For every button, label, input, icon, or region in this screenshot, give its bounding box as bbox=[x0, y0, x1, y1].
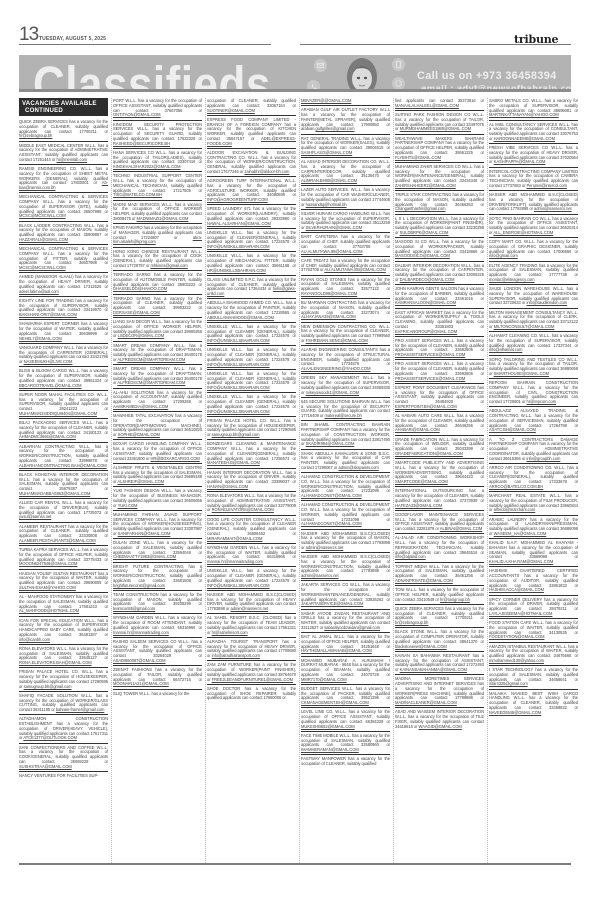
ad-contact-link[interactable]: INFO@UNISKILLSBAHRAIN.COM bbox=[207, 244, 270, 249]
classified-ad: ASAD AND WASEEM INTERIOR DECORATION W.L.… bbox=[395, 709, 484, 731]
classified-ad: SOTIC PINO BAHRAIN CO W.L.L. has a vacan… bbox=[489, 216, 578, 239]
classified-ad: Bright Future Contracting has a vacancy … bbox=[113, 564, 202, 591]
ad-contact-link[interactable]: INFO@AGROGREENTURF.COM bbox=[207, 197, 268, 202]
classified-ad: alradha tourist transport has a vacancy … bbox=[207, 639, 296, 662]
ad-contact-link[interactable]: info@icanbh.com bbox=[19, 637, 50, 642]
ad-contact-link[interactable]: MADINACLEANER@GMAIL.COM bbox=[395, 700, 457, 705]
ad-text: has a vacancy for the occupation of CLEA… bbox=[207, 521, 296, 536]
ad-contact-link[interactable]: SASHFLASO@GMAIL.COM bbox=[301, 150, 352, 155]
classified-ad: NASSER ABD MOHAMMED B.S.C(CLOSED) has a … bbox=[301, 554, 390, 581]
ad-contact-link[interactable]: AHMADMC3666@GMAIL.COM bbox=[19, 434, 76, 439]
ad-contact-link[interactable]: ALAALENGINEERING@YAHOO.COM bbox=[301, 366, 370, 371]
classified-ad: TRIPLE STAR CONTRACTING has a vacancy fo… bbox=[395, 192, 484, 215]
ad-contact-link[interactable]: admin@nassercs.net bbox=[306, 545, 344, 550]
ad-text: has a vacancy for the bbox=[150, 691, 189, 696]
ad-contact-link[interactable]: PROASSISTSERVICES@GMAIL.COM bbox=[395, 376, 465, 381]
ad-contact-link[interactable]: HAYTHEMALLAWAHAB@GMAIL.COM bbox=[301, 648, 372, 653]
ad-contact-link[interactable]: NEHEL7@GMAIL.COM bbox=[19, 336, 62, 341]
classified-ad: NASSER ABD MOHAMMED B.S.C(CLOSED) has a … bbox=[301, 531, 390, 554]
ad-contact-link[interactable]: ALL_ENERGIE@HOTMAIL.COM bbox=[493, 230, 553, 235]
ad-contact-link[interactable]: FLYBIHTS@GMAIL.COM bbox=[395, 155, 441, 160]
classified-ad: UNISKILLS W.L.L. has a vacancy for the o… bbox=[207, 324, 296, 347]
whatsapp-icon bbox=[392, 77, 405, 89]
classified-ad: PRO ASSIST SERVICES W.L.L. has a vacancy… bbox=[395, 361, 484, 384]
classified-ad: FASTWAY MANPOWER has a vacancy for the o… bbox=[301, 756, 390, 768]
classified-ad: REPCOM BAHRAIN CONSTRUCTION COMPANY W.L.… bbox=[489, 380, 578, 407]
classified-ad: Wyndham Garden W.L.L. has a vacancy for … bbox=[207, 545, 296, 568]
ad-contact-link[interactable]: SULDBRPK@GMAIL.COM bbox=[400, 230, 449, 235]
ad-text: has a vacancy for the occupation of SALE… bbox=[19, 477, 108, 492]
ad-contact-link[interactable]: RAYANGOLD99@GMAIL.COM bbox=[301, 291, 357, 296]
ad-contact-link[interactable]: INFO@UNISKILLSBAHRAIN.COM bbox=[207, 362, 270, 367]
classified-ad: L S L L DECORATION W.L.L. has a vacancy … bbox=[395, 216, 484, 239]
classified-ad: AL-JALAD AIR CONDITIONING WORKSHOP W.L.L… bbox=[395, 535, 484, 562]
ad-contact-link[interactable]: ALIMRAN.BH80@GMAIL.COM bbox=[301, 178, 357, 183]
classified-ad: LEVEL LINE CO. W.L.L. has a vacancy for … bbox=[301, 709, 390, 732]
classified-ad: ALSHREIF FRUITS & VEGETABLES CENTRE has … bbox=[113, 465, 202, 488]
classified-ad: AL - MAHFOOD STATIONERY has a vacancy fo… bbox=[19, 594, 108, 617]
ad-contact-link[interactable]: FOODSTATION@GMAIL.COM bbox=[489, 634, 545, 639]
ad-contact-link[interactable]: ASADI860087@GMAIL.COM bbox=[113, 658, 165, 663]
classified-ad: ALLIED CAR RENTAL W.L.L. has a vacancy f… bbox=[19, 500, 108, 523]
ad-contact-link[interactable]: admin@skspaints.com bbox=[338, 465, 378, 470]
ad-contact-link[interactable]: ALAMEER.RESTAURANT3@GMAIL.COM bbox=[19, 538, 96, 543]
classified-ad: UNISKILLS W.L.L. has a vacancy for the o… bbox=[207, 347, 296, 370]
classified-ad: FRISAN PALACE HOTEL CO. W.L.L. has a vac… bbox=[207, 418, 296, 441]
ad-contact-link[interactable]: admin@nassercs.net bbox=[301, 573, 339, 578]
classified-ad: Khalid N.A.F. Mohammed Al Khaiyam - Baha… bbox=[489, 540, 578, 567]
classified-ad: MARCHANT REAL ESTATE W.L.L. has a vacanc… bbox=[489, 493, 578, 516]
classified-ad: UNISKILLS W.L.L. has a vacancy for the o… bbox=[207, 230, 296, 253]
classified-ad: SOFIQ TAILORING AND TEXTILES CO W.L.L. h… bbox=[489, 357, 578, 380]
classified-ad: UNISKILLS W.L.L. has a vacancy for the o… bbox=[207, 253, 296, 276]
classified-ad: A TO Z CONTRACTORS DAMAGE PARTNERSHIP CO… bbox=[489, 437, 578, 464]
ad-contact-link[interactable]: blackstonenet@GMAIL.COM bbox=[395, 644, 447, 649]
ad-contact-link[interactable]: HR@UNISKILLSBAHRAIN.COM bbox=[207, 268, 266, 273]
ad-contact-link[interactable]: ASATC.BH@GMAIL.COM bbox=[489, 427, 536, 432]
ad-text: has a vacancy for the occupation of WORK… bbox=[301, 559, 390, 574]
ad-contact-link[interactable]: MOONAIN1A21@GMAIL.COM bbox=[113, 681, 169, 686]
classified-ad: SHAFIQ FACADE SOLUTION W.L.L. has a vaca… bbox=[19, 693, 108, 716]
classified-ad: SABRO METALS CO. W.L.L. has a vacancy fo… bbox=[489, 98, 578, 121]
ad-contact-link[interactable]: ALSHREIF@GMAIL.COM bbox=[117, 479, 164, 484]
ad-contact-link[interactable]: EAFRICANGROUP@GMAIL.COM bbox=[395, 329, 457, 334]
ad-contact-link[interactable]: WASEEM_HA@GMAIL.COM bbox=[494, 531, 547, 536]
ad-contact-link[interactable]: hr@memlab.com bbox=[56, 157, 87, 162]
ad-contact-link[interactable]: HAZZARALI@GMAIL.COM bbox=[19, 237, 68, 242]
classified-ad: BLACK LADDER CONTRACTING W.L.L. has a va… bbox=[19, 223, 108, 246]
classified-ad: SMART DREAM COMPANY W.L.L. has a vacancy… bbox=[113, 366, 202, 389]
ad-contact-link[interactable]: WAAGID@GMAIL.COM bbox=[419, 724, 462, 729]
column-divider bbox=[205, 98, 206, 863]
ad-contact-link[interactable]: ARRCO@BATELCO.COM.BH bbox=[489, 484, 543, 489]
ad-contact-link[interactable]: ALFREDSCM@SMARTDREAM.COM bbox=[117, 357, 185, 362]
classified-ad: SUPER NOOR MAHAL FACILITIES CO. W.L.L. h… bbox=[19, 392, 108, 419]
ad-text: has a vacancy for the occupation of MECH… bbox=[113, 178, 202, 193]
classified-ad: Arrco Air Conditioning Co. W.L.L. has a … bbox=[489, 465, 578, 492]
classified-ad: TURBA KAPRA SERVICES W.L.L. has a vacanc… bbox=[19, 547, 108, 570]
classified-ad: ALHAMAD CONSTRUCTION & DEVELOPMENT CO. W… bbox=[301, 474, 390, 501]
classified-ad: Rayan Gold Stones has a vacancy for the … bbox=[301, 277, 390, 300]
ad-contact-link[interactable]: AU.ALMUTAWA.88@GMAIL.COM bbox=[324, 267, 386, 272]
ad-contact-link[interactable]: MCSC@MCSCWLL.COM bbox=[19, 265, 66, 270]
ad-contact-link[interactable]: info@alhamat.com bbox=[489, 347, 522, 352]
ad-contact-link[interactable]: mhkinns@gmail.com bbox=[150, 263, 187, 268]
classified-ad: HANAN INTERIOR DECORATION W.L.L. has a v… bbox=[207, 470, 296, 493]
classified-ad: GREEN SKY MANAGEMENT W.L.L. has a vacanc… bbox=[301, 375, 390, 398]
ad-contact-link[interactable]: HR@BOXARCARGO.COM bbox=[150, 456, 199, 461]
classified-ad: MADINA MORETIMES SERVICES ADVERTISING AN… bbox=[395, 676, 484, 708]
classified-ad: BLACK KOHISTANI INTERIOR DECORATION W.L.… bbox=[19, 472, 108, 499]
ad-contact-link[interactable]: admin@nassercs.net bbox=[231, 606, 269, 611]
classified-ad: PRO ASSIST SERVICES W.L.L. has a vacancy… bbox=[395, 338, 484, 361]
ad-contact-link[interactable]: YUKI.COM bbox=[118, 503, 138, 508]
ad-contact-link[interactable]: Changanthashir@gmail.com bbox=[395, 206, 446, 211]
ad-contact-link[interactable]: info@saudilondon.com bbox=[526, 300, 567, 305]
classified-ad: TECHNO INDUSTRIAL SUPPORT CENTER W.L.L. … bbox=[113, 173, 202, 200]
classified-ad: COPY MART CO. W.L.L. has a vacancy for t… bbox=[489, 239, 578, 262]
classified-ad: SILVER HURAIN CARGO HANDLING W.L.L. has … bbox=[301, 211, 390, 234]
ad-contact-link[interactable]: adeel.fatima@aal.com bbox=[19, 289, 59, 294]
ad-contact-link[interactable]: MUKESHB652@GMAIL.COM bbox=[301, 724, 355, 729]
ad-contact-link[interactable]: SMARTHOUSE@GMAIL.COM bbox=[494, 371, 549, 376]
ad-contact-link[interactable]: hr@sahelresort.com bbox=[212, 630, 248, 635]
classified-ad: GOODFLAVOR MAINTENANCE SERVICES W.L.L. h… bbox=[395, 512, 484, 535]
ad-contact-link[interactable]: MBVAZER@@GMAIL.COM bbox=[301, 98, 351, 103]
ad-contact-link[interactable]: INFO@UNISKILLSBAHRAIN.COM bbox=[207, 583, 270, 588]
ad-contact-link[interactable]: alfredo@marchant.com bbox=[494, 507, 536, 512]
mobile-icon bbox=[392, 58, 405, 71]
ad-contact-link[interactable]: KINGKHALSHAR2022@GMAIL.COM bbox=[113, 164, 180, 169]
classified-ad: MALAIKA NAVEED BEST WISH CARGO HANDLING … bbox=[489, 691, 578, 717]
classified-ad: 645 Secure Solutions Bahrain W.L.L. has … bbox=[301, 399, 390, 422]
ad-contact-link[interactable]: gulfgrilles@gmail.com bbox=[315, 126, 354, 131]
classified-ad: MASOOD SI CO W.L.L. has a vacancy for th… bbox=[395, 239, 484, 262]
ad-contact-link[interactable]: info@aljalad.com bbox=[395, 554, 426, 559]
classified-ad: MBVAZER@@GMAIL.COM bbox=[301, 98, 390, 106]
logo-text: tribune bbox=[514, 33, 558, 46]
ad-contact-link[interactable]: info@groupbh.com bbox=[526, 456, 560, 461]
banner-title: Classifieds bbox=[33, 57, 271, 89]
ad-contact-link[interactable]: DHASSELDO@HAHOO.COM bbox=[113, 286, 167, 291]
classified-ad: UNISKILLS W.L.L. has a vacancy for the o… bbox=[207, 394, 296, 417]
ad-contact-link[interactable]: ATCE1377@OUTLOOK.COM bbox=[23, 735, 77, 740]
ad-contact-link[interactable]: SMARTCODE@GMAIL.COM bbox=[395, 479, 448, 484]
ad-contact-link[interactable]: MMR7170@GMAIL.COM bbox=[301, 677, 347, 682]
ad-contact-link[interactable]: moniac@eliteagency.com bbox=[489, 277, 535, 282]
classified-ad: Glass Unlimited S.P.C. has a vacancy for… bbox=[207, 277, 296, 300]
ad-contact-link[interactable]: hr@tonigroup.bh bbox=[440, 597, 470, 602]
column-5: fied applicants can contact 35373816 or … bbox=[395, 98, 484, 863]
classified-ad: YUKI FASHION DESIGN W.L.L. has a vacancy… bbox=[113, 488, 202, 511]
ad-contact-link[interactable]: bahrain-framer@gmail.com bbox=[56, 707, 104, 712]
ad-contact-link[interactable]: SANIFARHAN@GMAIL.COM bbox=[118, 531, 171, 536]
ad-contact-link[interactable]: HASHIM.ACCA@GMAIL.COM bbox=[489, 587, 544, 592]
column-divider bbox=[393, 98, 394, 863]
ad-contact-link[interactable]: SOPHIE@GMAIL.COM bbox=[118, 432, 160, 437]
classified-ad: BLISS & BLOOM CARGO W.L.L. has a vacancy… bbox=[19, 368, 108, 391]
classified-ad: SPICY CORNER DELIVERY has a vacancy for … bbox=[489, 597, 578, 620]
classifieds-columns: VACANCIES AVAILABLE CONTINUED QUICK ZEBR… bbox=[19, 98, 571, 863]
ad-contact-link[interactable]: ONTITAON@GMAIL.COM bbox=[113, 112, 161, 117]
ad-contact-link[interactable]: BAKSHANI.ORI7@GMAIL.COM bbox=[19, 312, 77, 317]
ad-contact-link[interactable]: mmohammed130@yahoo.com bbox=[489, 658, 544, 663]
ad-contact-link[interactable]: DALBARDECO@GMAIL.COM bbox=[400, 277, 455, 282]
ad-contact-link[interactable]: FREEJLEEANDFURNITURE1@GMAIL.COM bbox=[212, 677, 293, 682]
classified-ad: ALAMEER RESTAURANT has a vacancy for the… bbox=[19, 524, 108, 547]
classified-ad: ALBARHAN CONTRACTING W.L.L. has a vacanc… bbox=[19, 444, 108, 471]
ad-contact-link[interactable]: HAFEZA33@GMAIL.COM bbox=[395, 503, 442, 508]
ad-contact-link[interactable]: ALBARHANCONTRACTING.BAH@GMAIL.COM bbox=[19, 463, 107, 468]
ad-contact-link[interactable]: MUHAMMADABBAS863@GMAIL.COM bbox=[19, 491, 90, 496]
ad-contact-link[interactable]: EXPERTPOINT.BH@GMAIL.COM bbox=[395, 404, 457, 409]
ad-contact-link[interactable]: RONAELEVATORS@GMAIL.COM bbox=[212, 507, 274, 512]
classified-ad: Bonzegars Cleaning & Maintenance Company… bbox=[207, 441, 296, 468]
ad-contact-link[interactable]: ALHAMADCONST@GMAIL.COM bbox=[301, 493, 362, 498]
classified-ad: NASSER ABD MOHAMMED B.S.C(CLOSED) has a … bbox=[207, 592, 296, 615]
classified-ad: FACE TIME MOBILE W.L.L. has a vacancy fo… bbox=[301, 733, 390, 756]
banner-underline bbox=[19, 89, 571, 92]
page-number: 13 bbox=[19, 24, 38, 46]
ad-contact-link[interactable]: MANATEEH.B@GMAIL.COM bbox=[207, 460, 260, 465]
column-3: occupation of CLEANER, suitably qualifie… bbox=[207, 98, 296, 863]
ad-contact-link[interactable]: zainabhr@aldoor-bh.com bbox=[244, 169, 289, 174]
ad-contact-link[interactable]: KAMRANSALOON@GMAIL.COM bbox=[395, 300, 456, 305]
classified-ad: TOPRINT MEDIA W.L.L. has a vacancy for t… bbox=[395, 564, 484, 587]
ad-contact-link[interactable]: HAROONNAEEM8@GMAIL.COM bbox=[494, 136, 555, 141]
ad-text: has a vacancy for the occupation of WORK… bbox=[395, 465, 484, 480]
section-heading-line1: VACANCIES AVAILABLE bbox=[22, 100, 106, 107]
classified-ad: LIANG SAN DECOR W.L.L. has a vacancy for… bbox=[113, 319, 202, 342]
classified-ad: CAFE TREATZ has a vacancy for the occupa… bbox=[301, 258, 390, 276]
classified-ad: BLACK STONE W.L.L. has a vacancy for the… bbox=[395, 629, 484, 652]
ad-contact-link[interactable]: HANAN@GMAIL.COM bbox=[207, 484, 248, 489]
advertiser-name: SLIQ TOWER W.L.L. bbox=[113, 691, 150, 696]
ad-contact-link[interactable]: ALFREDSCM@SMARTDREAM.COM bbox=[117, 380, 185, 385]
classified-ad: AL HABARI AUTO CARE W.L.L. has a vacancy… bbox=[395, 413, 484, 436]
classified-ad: SMART DREAM COMPANY W.L.L. has a vacancy… bbox=[113, 343, 202, 366]
ad-contact-link[interactable]: SUOTINER@GMAIL.COM bbox=[207, 108, 255, 113]
ad-contact-link[interactable]: AHABARI@GMAIL.COM bbox=[395, 427, 440, 432]
ad-contact-link[interactable]: DGRSASE@GMAIL.COM bbox=[113, 310, 160, 315]
ad-contact-link[interactable]: MCSC@MCSCWLL.COM bbox=[19, 213, 66, 218]
ad-contact-link[interactable]: KHALID.A.KHAIYAM@GMAIL.COM bbox=[489, 559, 553, 564]
ad-contact-link[interactable]: sabaralyoobzaidan@gmail.com bbox=[324, 625, 380, 630]
classified-ad: I STAR TECHNOLOGY has a vacancy for the … bbox=[489, 667, 578, 690]
ad-text: has a vacancy for the occupation of SUPE… bbox=[19, 397, 108, 412]
phone-icon bbox=[307, 80, 320, 89]
classified-ad: EXPERT POINT DOCUMENT CLEARANCE has a va… bbox=[395, 385, 484, 412]
ad-contact-link[interactable]: LSDECOR@GMAIL.COM bbox=[118, 333, 165, 338]
ad-contact-link[interactable]: INFO@UNISKILLSBAHRAIN.COM bbox=[207, 385, 270, 390]
ad-contact-link[interactable]: ALBINAI@GMAIL.COM bbox=[440, 526, 482, 531]
classified-ad: INTERCOL CONTRACTING COMPANY LIMITED has… bbox=[489, 169, 578, 192]
mail-icon bbox=[314, 59, 327, 72]
ad-contact-link[interactable]: Perumel@intercol.com bbox=[526, 183, 566, 188]
ad-contact-link[interactable]: SKADIR994@GMAIL.COM bbox=[306, 441, 355, 446]
ad-contact-link[interactable]: BBCARGOTRAVEL@GMAIL.COM bbox=[19, 383, 82, 388]
classified-ad: EXPRESS FOOD COMPANY LIMITED - BRANCH OF… bbox=[207, 117, 296, 149]
classified-ad: BAIT AL JAMAL W.L.L. has a vacancy for t… bbox=[301, 634, 390, 657]
classified-ad: EIGHTY LINE FOR TRADING has a vacancy fo… bbox=[19, 298, 108, 321]
classified-ad: ALHAMAD CONSTRUCTION & DEVELOPMENT CO. W… bbox=[301, 502, 390, 529]
ad-contact-link[interactable]: brightfutureconst@gmail.com bbox=[113, 583, 165, 588]
ad-contact-link[interactable]: MADNIMAZI1@GMAIL.COM bbox=[137, 216, 189, 221]
classified-ad: Wyndham Garden W.L.L. has a vacancy for … bbox=[113, 615, 202, 638]
ad-contact-link[interactable]: hassandtq@hotmail.bh bbox=[306, 202, 347, 207]
classified-ad: ALHAMAT CLEANING CO. W.L.L. has a vacanc… bbox=[489, 333, 578, 356]
ad-contact-link[interactable]: JAKARTASERVICE@GMAIL.COM bbox=[301, 601, 363, 606]
ad-contact-link[interactable]: hr@zebragroup.bh bbox=[19, 133, 52, 138]
classified-ad: TONI W.L.L. has a vacancy for the occupa… bbox=[395, 587, 484, 605]
ad-contact-link[interactable]: istar4325@gmail.com bbox=[489, 681, 528, 686]
classified-ad: RONA ELEVATORS W.L.L. has a vacancy for … bbox=[19, 646, 108, 669]
classified-ad: AHMED (MANSOOR ALAALI) has a vacancy for… bbox=[19, 274, 108, 297]
ad-contact-link[interactable]: CKMANAGEMENT.BH@GMAIL.COM bbox=[301, 700, 369, 705]
ad-contact-link[interactable]: samugroup.bh@gmail.com bbox=[24, 684, 72, 689]
ad-contact-link[interactable]: MILTONCONSULT@GMAIL.COM bbox=[494, 324, 555, 329]
classified-ad: HONG KONG CHINESE RESTAURANT W.L.L. has … bbox=[113, 249, 202, 272]
classifieds-banner: Classifieds bbox=[19, 55, 271, 89]
ad-contact-link[interactable]: hr@repcom.com bbox=[526, 399, 556, 404]
classified-ad: TERRADO SARNG has a vacancy for the occu… bbox=[113, 296, 202, 319]
classified-ad: Shaik Abdulla Kamaludin & Sons B.S.C. ha… bbox=[301, 451, 390, 474]
column-4: MBVAZER@@GMAIL.COMarabian gulf air outle… bbox=[301, 98, 390, 863]
ad-contact-link[interactable]: MASOODSICO@GMAIL.COM bbox=[395, 253, 450, 258]
ad-contact-link[interactable]: mannai.hr@mannaitrading.com bbox=[113, 630, 169, 635]
ad-contact-link[interactable]: NAVEED5545@GMAIL.COM bbox=[489, 710, 541, 715]
ad-contact-link[interactable]: LAYLAJESEEMA@HOTMAIL.COM bbox=[489, 611, 552, 616]
ad-contact-link[interactable]: ALHAYJANA29@GMAIL.COM bbox=[301, 314, 356, 319]
ad-contact-link[interactable]: NASEEMUKH@LIVE.COM bbox=[24, 359, 73, 364]
classified-ad: AL MISL CONSULTANCY SERVICES W.L.L. has … bbox=[489, 122, 578, 145]
classified-ad: INTERNATIONAL OUTSOURCING has a vacancy … bbox=[395, 488, 484, 511]
classified-ad: NASSER ABD MOHAMMED B.S.C(CLOSED) has a … bbox=[489, 192, 578, 215]
classified-ad: SHOE DOCTOR has a vacancy for the occupa… bbox=[207, 686, 296, 703]
advertiser-name: MADINA MORETIMES SERVICES ADVERTISING AN… bbox=[395, 676, 484, 686]
classified-ad: SPEED LAUNDRY 671 has a vacancy for the … bbox=[207, 206, 296, 229]
classified-ad: VANGUARD COMPANY W.L.L. has a vacancy fo… bbox=[19, 345, 108, 368]
classified-ad: ZEENAT FASHIONS has a vacancy for the oc… bbox=[113, 667, 202, 690]
classified-ad: HANA SERVICES CO W.L.L. has a vacancy fo… bbox=[113, 150, 202, 173]
classified-ad: AGROGREEN TURF INTERNATIONAL W.L.L. has … bbox=[207, 178, 296, 205]
classified-ad: RAMSIS ENGINEERING CO. W.L.L. has a vaca… bbox=[19, 166, 108, 193]
ad-contact-link[interactable]: MOOON6247846@GMAIL.COM bbox=[19, 561, 77, 566]
classified-ad: LAZER AUTO SERVICES. W.L.L. has a vacanc… bbox=[301, 187, 390, 210]
call-number: Call us on +973 36458394 bbox=[417, 70, 557, 82]
ad-contact-link[interactable]: samugroup.bh@gmail.com bbox=[212, 432, 260, 437]
ad-contact-link[interactable]: MIRARAMMAI7@GMAIL.COM bbox=[207, 536, 262, 541]
ad-contact-link[interactable]: TISC@BATELCO.COM.BH bbox=[113, 192, 162, 197]
ad-contact-link[interactable]: INFO@UNISKILLSBAHRAIN.COM bbox=[207, 409, 270, 414]
classified-ad: PORT W.L.L. has a vacancy for the occupa… bbox=[113, 98, 202, 121]
ad-contact-link[interactable]: ADNANPRIVATE@GMAIL.COM bbox=[395, 578, 453, 583]
ad-contact-link[interactable]: KASHIFAPPA@GMAIL.COM bbox=[494, 159, 546, 164]
classified-ad: NEW DIMENSION CONTRACTING CO. W.L.L. has… bbox=[301, 324, 390, 347]
ad-contact-link[interactable]: AL_MAHFOOD@HOTMAIL.COM bbox=[19, 608, 79, 613]
classified-ad: BIN SHAMIL CONTRACTING BAHRAIN PARTNERSH… bbox=[301, 422, 390, 449]
classified-ad: HASSAN YOUSIF SULTAN RESTAURANT has a va… bbox=[19, 571, 108, 594]
classified-ad: BILAJ PACKAGING SERVICES W.L.L. has a va… bbox=[19, 420, 108, 443]
ad-contact-link[interactable]: admin@nassercs.net bbox=[534, 206, 572, 211]
ad-contact-link[interactable]: IMAMHERAMAN@GMAIL.COM bbox=[301, 747, 359, 752]
ad-contact-link[interactable]: ABDULLAMAHMOOD@GMAIL.COM bbox=[207, 315, 274, 320]
column-2: PORT W.L.L. has a vacancy for the occupa… bbox=[113, 98, 202, 863]
classified-ad: TEAM CONSTRUCTION has a vacancy for the … bbox=[113, 592, 202, 615]
classified-ad: SHAWARMA EXPERT CORNER has a vacancy for… bbox=[19, 321, 108, 344]
classified-ad: SANI CONFECTIONERS AND COFFEE W.L.L. has… bbox=[19, 745, 108, 772]
classified-ad: FRESH VIBE SERVICES CO W.L.L. has a vaca… bbox=[489, 145, 578, 168]
ad-contact-link[interactable]: SILVERHURAIN@GMAIL.COM bbox=[306, 225, 362, 230]
ad-contact-link[interactable]: MANAALALHALEEL@GMAIL.COM bbox=[395, 103, 459, 108]
ad-contact-link[interactable]: RASHEED@SECURICORE.BH bbox=[113, 141, 170, 146]
ad-contact-link[interactable]: RONA.ELEVATORS.BAH@GMAIL.COM bbox=[19, 660, 92, 665]
ad-contact-link[interactable]: FSHREMAN.SENG@GMAIL.COM bbox=[306, 338, 368, 343]
ad-contact-link[interactable]: matereal@secure.bh bbox=[325, 413, 362, 418]
classified-ad: Arabic Laundry has a vacancy for the occ… bbox=[489, 517, 578, 540]
classified-ad: AMAZON ISTANBUL RESTAURANT W.L.L. has a … bbox=[489, 644, 578, 667]
classified-ad: GOOD LIFE COUNTER CONSULTANCY W.L.L. has… bbox=[207, 517, 296, 544]
classified-ad: FOOD STATION CAFE W.L.L. has a vacancy f… bbox=[489, 620, 578, 643]
ad-contact-link[interactable]: SULTAN-ESAM@YAHOO.COM bbox=[19, 585, 76, 590]
ad-contact-link[interactable]: info@alradhatransport.com bbox=[212, 653, 260, 658]
ad-contact-link[interactable]: MARTINKATTANAYAN@YAHOO.COM bbox=[489, 112, 559, 117]
ad-contact-link[interactable]: info@gmail.com bbox=[489, 253, 518, 258]
ad-contact-link[interactable]: NAWAL.ALSARHAN@GMAIL.COM bbox=[207, 221, 271, 226]
classified-ad: DULAN ZONE W.L.L. has a vacancy for the … bbox=[113, 540, 202, 563]
ad-contact-link[interactable]: ALHAMADCONST@GMAIL.COM bbox=[301, 521, 362, 526]
ad-contact-link[interactable]: GRADEFABRICATION@GMAIL.COM bbox=[395, 451, 463, 456]
classified-ad: GRADE FABRICATION W.L.L. has a vacancy f… bbox=[395, 437, 484, 460]
ad-contact-link[interactable]: ZAHIRSHAHEER2@GMAIL.COM bbox=[395, 183, 456, 188]
ad-contact-link[interactable]: MUHAMMADSIDDIQUI9404@GMAIL.COM bbox=[19, 411, 97, 416]
ad-contact-link[interactable]: MURMDHAMMEE01988@GMAIL.COM bbox=[400, 126, 471, 131]
classified-ad: SABAR AYOOB ZAIDAN RESTAURANT AND GRILLS… bbox=[301, 611, 390, 634]
ad-contact-link[interactable]: hr@zebragroup.bh bbox=[395, 620, 428, 625]
ad-contact-link[interactable]: KAINANSABAHANMA@GMAIL.COM bbox=[400, 667, 467, 672]
ad-contact-link[interactable]: CHEEMAATTY1983@GMAIL.COM bbox=[113, 554, 176, 559]
ad-contact-link[interactable]: SUSHISTRAA@GMAIL.COM bbox=[19, 764, 72, 769]
newspaper-logo: NEWS OF BAHRAINtribune bbox=[514, 33, 558, 46]
ad-contact-link[interactable]: AAMIRAMEDIA@GMAIL.COM bbox=[113, 404, 168, 409]
ad-contact-link[interactable]: mannai.hr@mannaitrading.com bbox=[207, 559, 263, 564]
classified-ad: ABDULLA MAHMOOD AHMED CO. W.L.L. has a v… bbox=[207, 300, 296, 323]
section-heading: VACANCIES AVAILABLE CONTINUED bbox=[19, 98, 108, 116]
ad-contact-link[interactable]: teamcon55@gmail.com bbox=[113, 606, 155, 611]
classified-ad: FRISAN PALACE HOTEL CO. W.L.L. has a vac… bbox=[19, 669, 108, 692]
classified-ad: QUICK ZEBRA SERVICES has a vacancy for t… bbox=[19, 119, 108, 142]
classified-ad: MADNI MAZI SERVICES W.L.L. has a vacancy… bbox=[113, 202, 202, 225]
ad-contact-link[interactable]: mikeyswoods1@GMAIL.COM bbox=[306, 390, 359, 395]
page-date: TUESDAY, AUGUST 5, 2025 bbox=[39, 36, 106, 42]
classified-ad: SLIQ TOWER W.L.L. has a vacancy for the bbox=[113, 691, 202, 698]
ad-contact-link[interactable]: yusuf@aarnss.net bbox=[19, 514, 51, 519]
ad-text: has a vacancy for the occupation of COOK… bbox=[19, 749, 108, 764]
ad-contact-link[interactable]: AU.ALMUTAWA.88@GMAIL.COM bbox=[301, 249, 363, 254]
classified-ad: KPMG FAKHRO has a vacancy for the occupa… bbox=[113, 225, 202, 248]
classified-ad: Mawaheb Tatal Excavation has a vacancy f… bbox=[113, 413, 202, 440]
classified-ad: JOHN KAMRAN GENTS SALOON has a vacancy f… bbox=[395, 286, 484, 309]
ad-contact-link[interactable]: INFO@UNISKILLSBAHRAIN.COM bbox=[207, 338, 270, 343]
classified-ad: Al Sahel Resort B.S.C. (Closed) has a va… bbox=[207, 615, 296, 638]
ad-text: occupation of CLEANER, suitably qualifie… bbox=[207, 98, 296, 108]
ad-contact-link[interactable]: PROASSISTSERVICES@GMAIL.COM bbox=[395, 352, 465, 357]
column-divider bbox=[487, 98, 488, 863]
column-1: VACANCIES AVAILABLE CONTINUED QUICK ZEBR… bbox=[19, 98, 108, 863]
page-masthead: 13 TUESDAY, AUGUST 5, 2025 bbox=[19, 28, 271, 45]
classified-ad: ICAN FOR SPECIAL EDUCATION W.L.L. has a … bbox=[19, 618, 108, 645]
classified-ad: MOHAMED MUBARAK A. ALRUMAIHI / DURRAT MU… bbox=[301, 658, 390, 685]
